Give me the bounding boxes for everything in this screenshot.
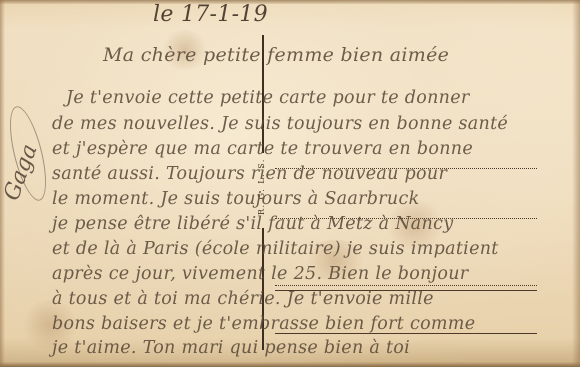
paper-edge-right — [572, 0, 580, 367]
letter-line: et j'espère que ma carte te trouvera en … — [52, 139, 473, 159]
letter-line: et de là à Paris (école militaire) je su… — [52, 239, 499, 259]
letter-line: je pense être libéré s'il faut à Metz à … — [52, 214, 453, 234]
letter-line: je t'aime. Ton mari qui pense bien à toi — [52, 338, 410, 358]
letter-line: Je t'envoie cette petite carte pour te d… — [66, 88, 470, 108]
letter-line: santé aussi. Toujours rien de nouveau po… — [52, 164, 447, 184]
letter-line: le moment. Je suis toujours à Saarbruck — [52, 189, 420, 209]
paper-edge-top — [0, 0, 580, 4]
address-line-3-dotted — [275, 285, 537, 286]
letter-line: bons baisers et je t'embrasse bien fort … — [52, 314, 475, 334]
letter-line: de mes nouvelles. Je suis toujours en bo… — [52, 114, 508, 134]
paper-edge-bottom — [0, 362, 580, 367]
letter-line: à tous et à toi ma chérie. Je t'envoie m… — [52, 289, 434, 309]
letter-line: après ce jour, vivement le 25. Bien le b… — [52, 264, 468, 284]
handwritten-date: le 17-1-19 — [153, 2, 268, 27]
salutation: Ma chère petite femme bien aimée — [103, 44, 449, 66]
postcard-back: R. G. L. S. le 17-1-19 Ma chère petite f… — [0, 0, 580, 367]
